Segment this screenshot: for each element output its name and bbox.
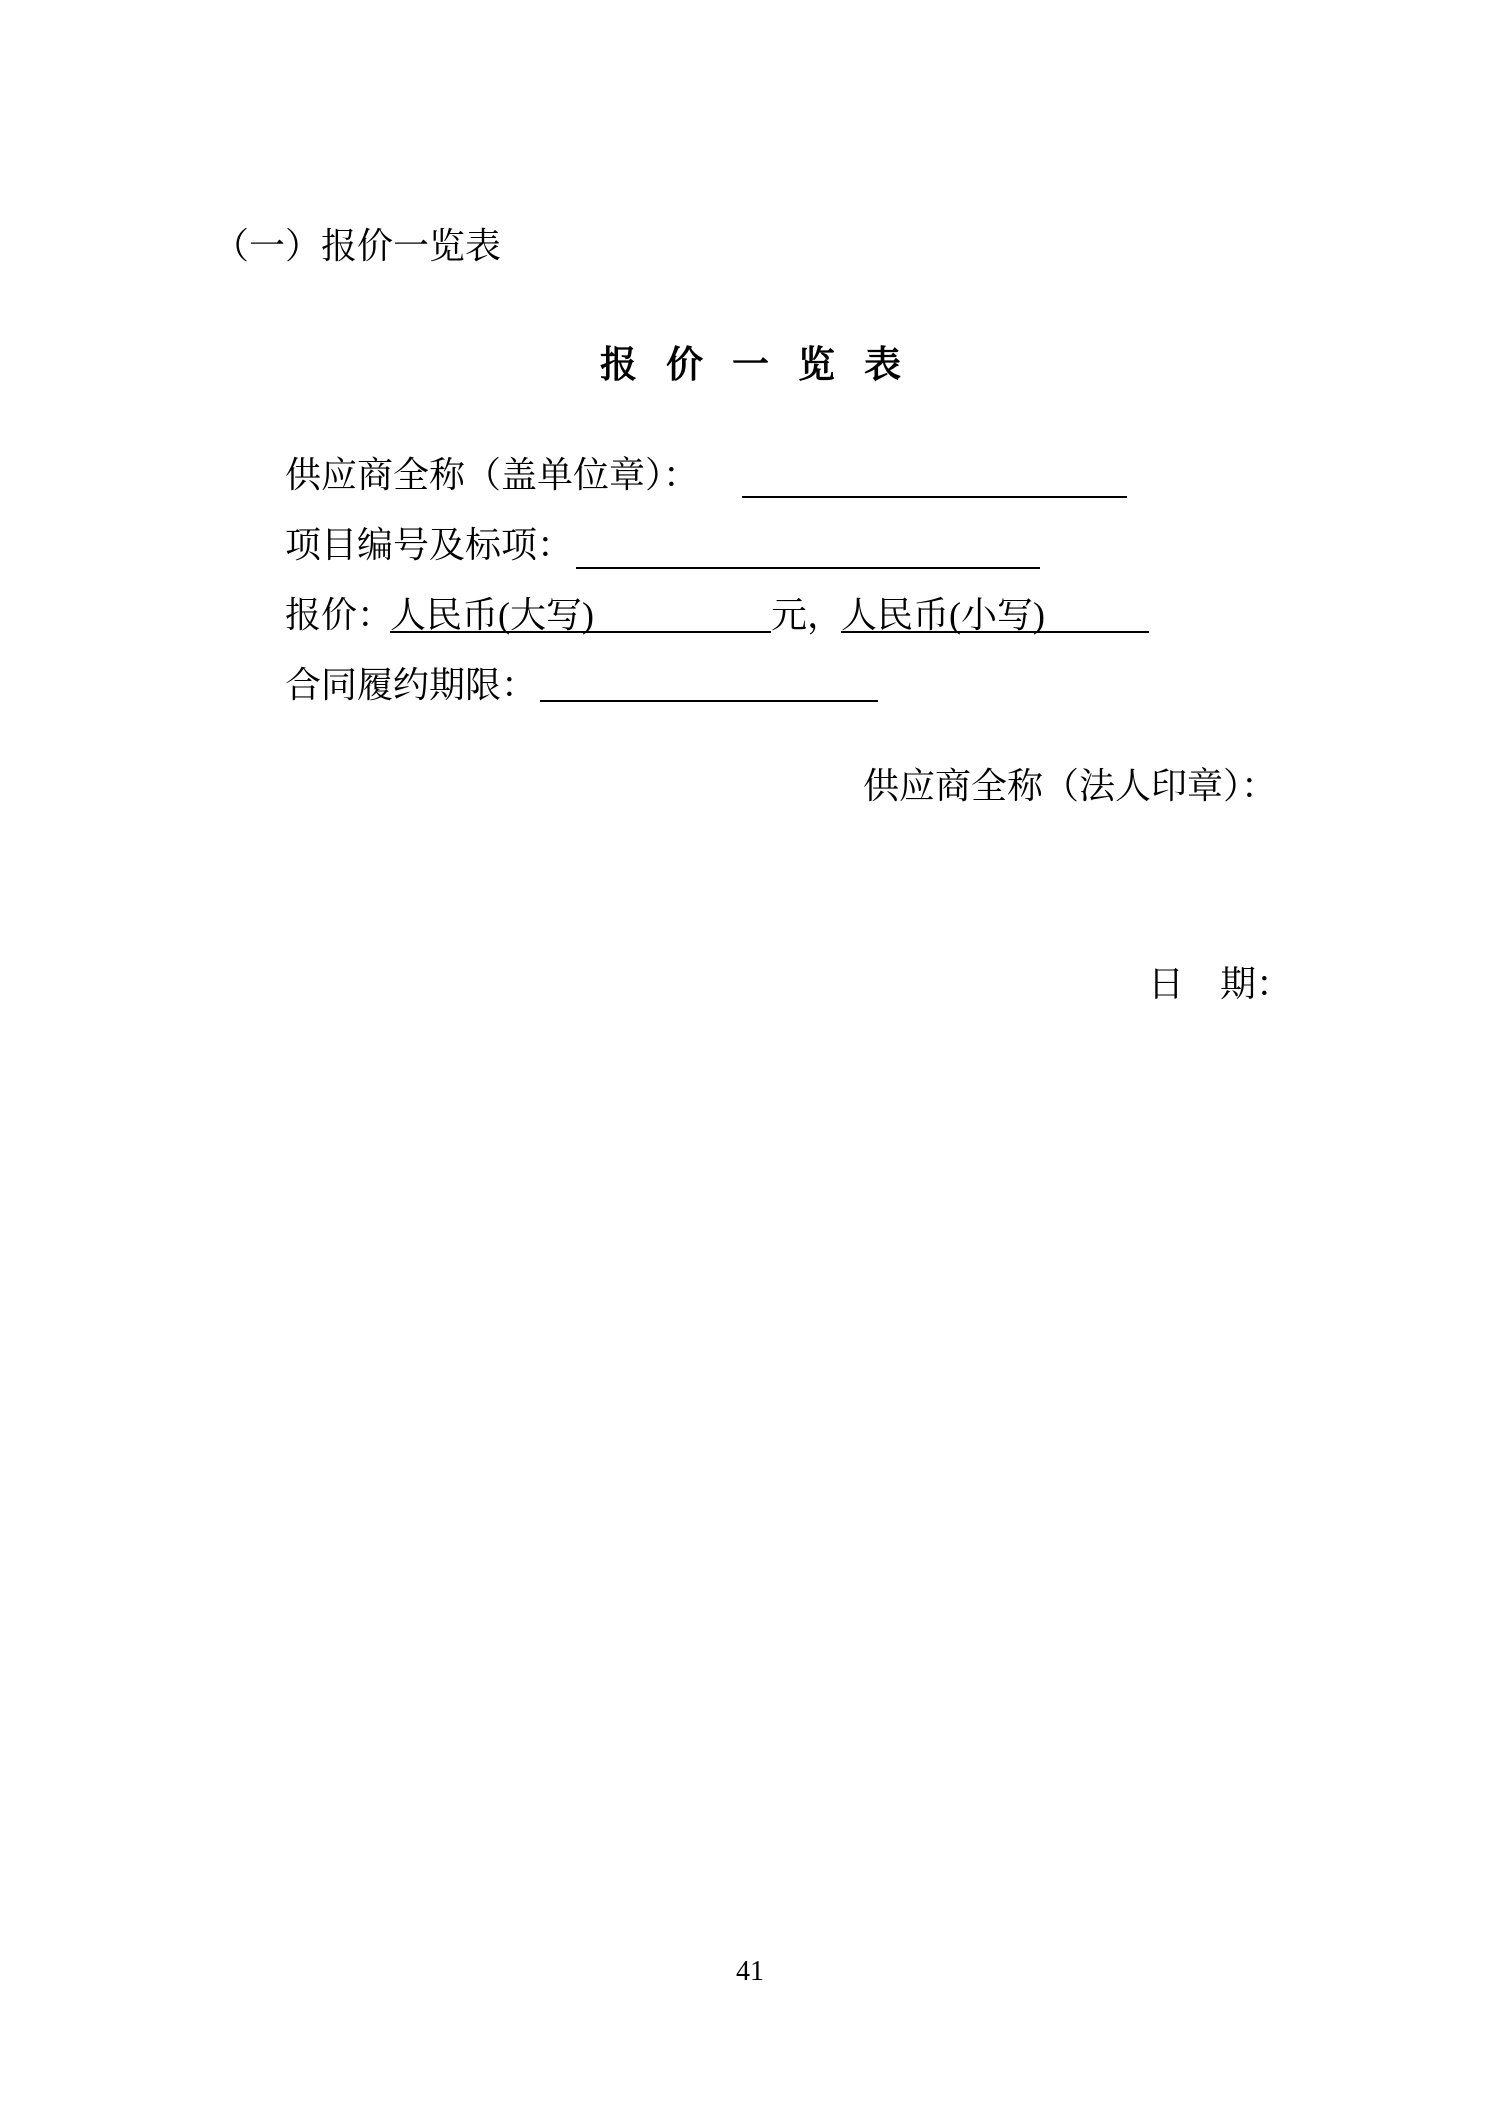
section-heading: （一）报价一览表 <box>213 226 501 266</box>
project-number-label: 项目编号及标项： <box>285 525 573 565</box>
price-in-figures-underlined-segment: 人民币(小写) <box>841 595 1149 633</box>
supplier-name-label: 供应商全称（盖单位章）： <box>285 455 699 495</box>
price-label: 报价： <box>285 595 393 635</box>
signature-label: 供应商全称（法人印章）： <box>863 766 1277 806</box>
supplier-name-blank <box>742 496 1127 498</box>
price-unit-text: 元， <box>771 595 843 635</box>
price-in-words-underlined-segment: 人民币(大写) <box>390 595 771 633</box>
project-number-blank <box>576 567 1040 569</box>
page-number: 41 <box>0 1956 1500 1988</box>
contract-term-blank <box>540 700 878 702</box>
date-label: 日 期： <box>1148 964 1292 1004</box>
contract-term-label: 合同履约期限： <box>285 665 537 705</box>
form-title: 报价一览表 <box>600 345 930 386</box>
document-page: （一）报价一览表 报价一览表 供应商全称（盖单位章）： 项目编号及标项： 报价：… <box>0 0 1500 2121</box>
